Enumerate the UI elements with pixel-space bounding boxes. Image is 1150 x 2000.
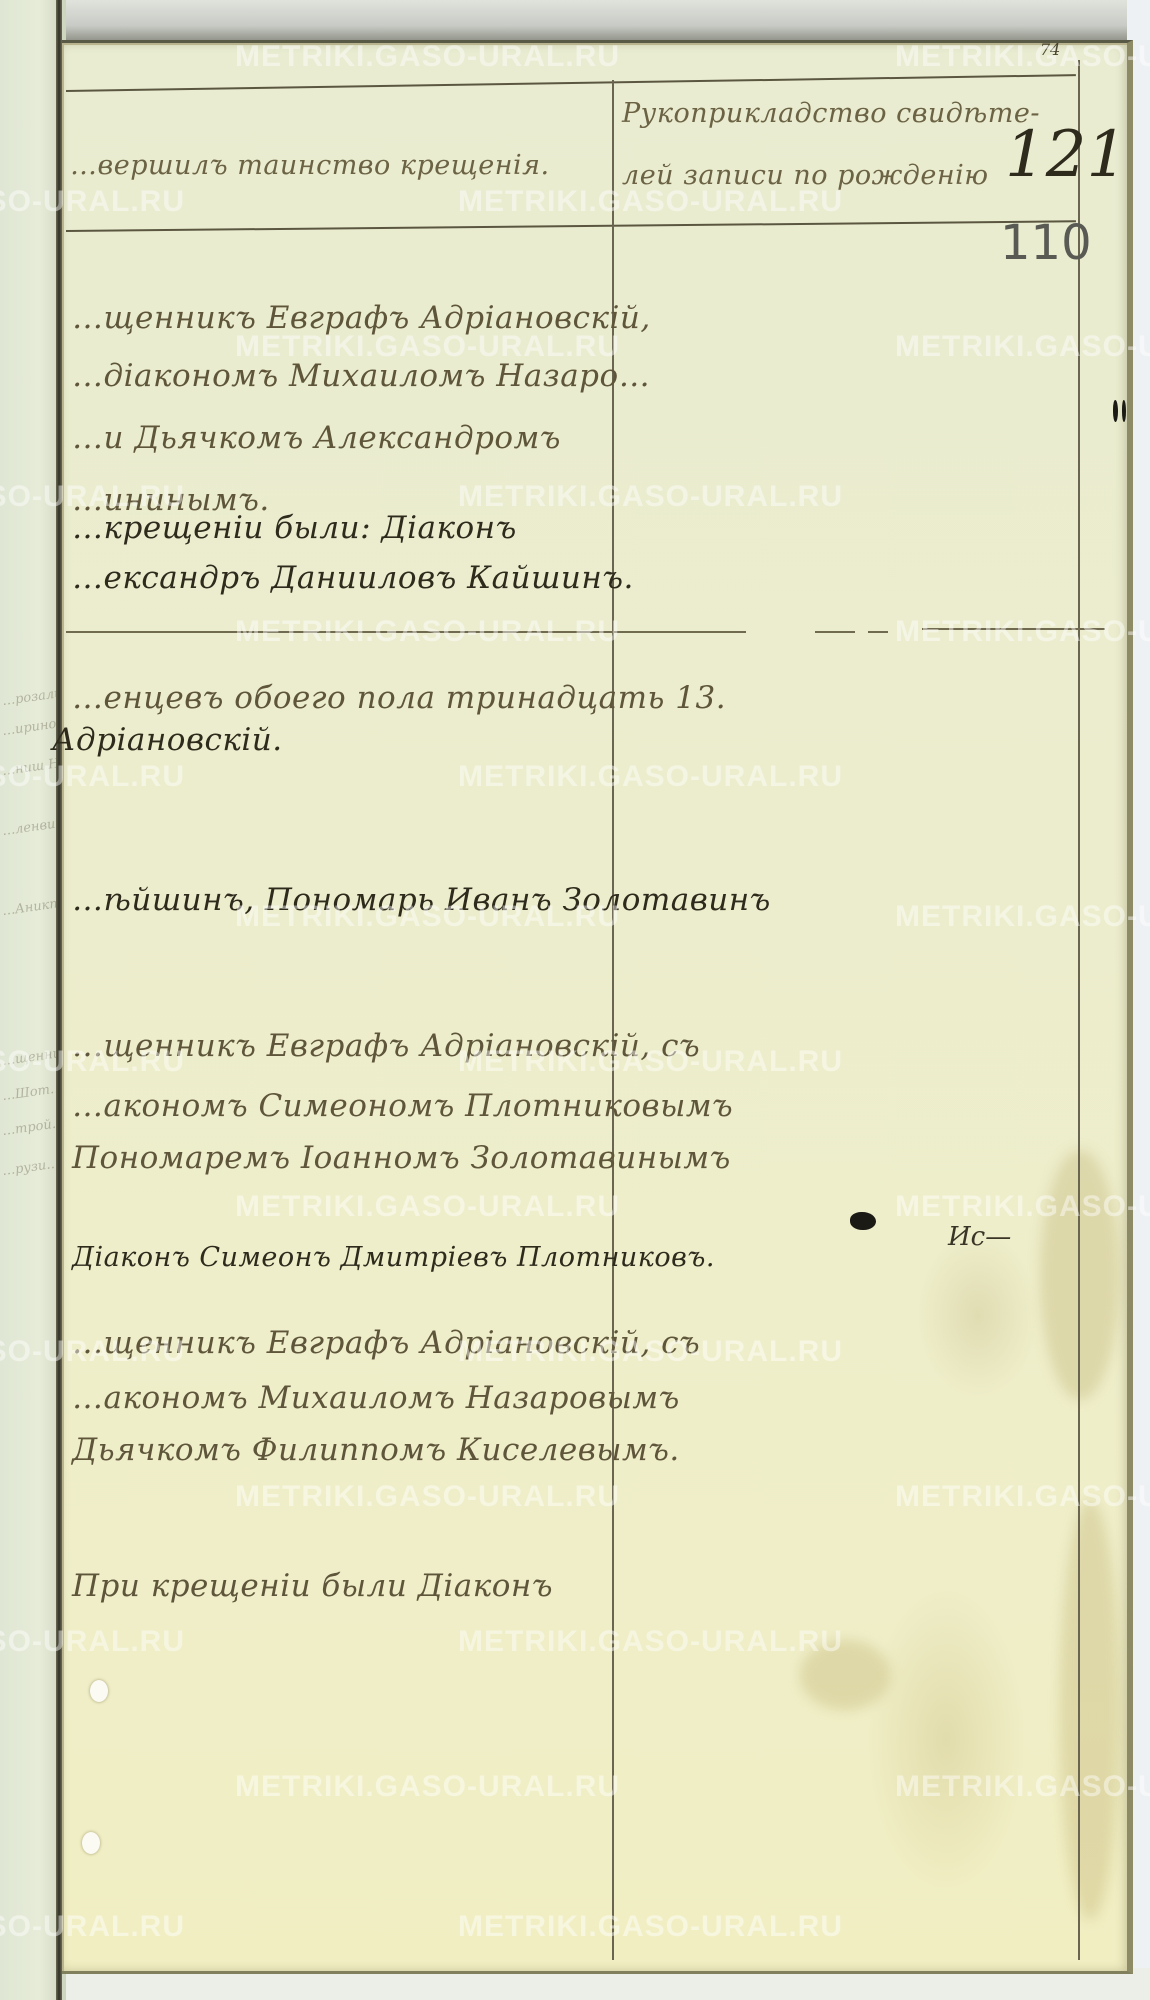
watermark: METRIKI.GASO-URAL.RU [895,900,1150,934]
watermark: METRIKI.GASO-URAL.RU [458,480,843,514]
watermark: METRIKI.GASO-URAL.RU [458,1910,843,1944]
watermark: METRIKI.GASO-URAL.RU [235,1770,620,1804]
watermark: METRIKI.GASO-URAL.RU [235,330,620,364]
watermark: METRIKI.GASO-URAL.RU [235,1480,620,1514]
watermark: METRIKI.GASO-URAL.RU [895,1770,1150,1804]
folio-number: 121 [1005,118,1127,192]
ghost-text: …розали… [1,686,63,709]
entry-line: …енцевъ обоего пола тринадцать 13. [72,680,726,716]
ghost-text: …Аникт… [1,896,63,919]
watermark: METRIKI.GASO-URAL.RU [235,1190,620,1224]
entry-line: Діаконъ Симеонъ Дмитріевъ Плотниковъ. [72,1242,715,1273]
entry-line: …ександръ Данииловъ Кайшинъ. [72,560,634,596]
watermark: METRIKI.GASO-URAL.RU [458,1045,843,1079]
entry-line: …и Дьячкомъ Александромъ [72,420,561,456]
watermark: METRIKI.GASO-URAL.RU [895,330,1150,364]
watermark: METRIKI.GASO-URAL.RU [458,760,843,794]
page-top-shadow [62,0,1150,42]
ink-mark [1113,400,1118,422]
header-left-column: …вершилъ таинство крещенія. [70,150,550,181]
entry-line: Адріановскій. [52,722,283,758]
watermark: METRIKI.GASO-URAL.RU [0,760,185,794]
entry-line: Дьячкомъ Филиппомъ Киселевымъ. [72,1432,680,1468]
entry-line: …акономъ Симеономъ Плотниковымъ [72,1088,733,1124]
watermark: METRIKI.GASO-URAL.RU [0,480,185,514]
header-right-column-line1: Рукоприкладство свидѣте- [622,98,1040,129]
ghost-text: …трой… [1,1116,63,1139]
pencil-number: 110 [1000,215,1092,271]
entry-line: …крещеніи были: Діаконъ [72,510,517,546]
watermark: METRIKI.GASO-URAL.RU [895,1190,1150,1224]
watermark: METRIKI.GASO-URAL.RU [895,40,1150,74]
binding-hole [82,1832,100,1854]
watermark: METRIKI.GASO-URAL.RU [458,1335,843,1369]
watermark: METRIKI.GASO-URAL.RU [895,615,1150,649]
watermark: METRIKI.GASO-URAL.RU [895,1480,1150,1514]
right-margin-note: Ис— [948,1222,1011,1252]
ghost-text: …Шот… [1,1081,63,1104]
paper-stain [1060,1500,1120,1920]
ink-mark [1122,400,1126,422]
ghost-text: …ленвин… [1,816,63,839]
watermark: METRIKI.GASO-URAL.RU [458,1625,843,1659]
entry-separator-dash [815,631,855,633]
watermark: METRIKI.GASO-URAL.RU [235,615,620,649]
watermark: METRIKI.GASO-URAL.RU [235,40,620,74]
watermark: METRIKI.GASO-URAL.RU [0,1045,185,1079]
watermark: METRIKI.GASO-URAL.RU [0,1335,185,1369]
watermark: METRIKI.GASO-URAL.RU [0,1910,185,1944]
ink-blot [850,1212,876,1230]
entry-line: Пономаремъ Іоанномъ Золотавинымъ [72,1140,731,1176]
watermark: METRIKI.GASO-URAL.RU [0,1625,185,1659]
entry-separator-dash [868,631,888,633]
entry-line: При крещеніи были Діаконъ [72,1568,553,1604]
paper-stain [1040,1150,1120,1400]
book-spine [56,0,62,2000]
watermark: METRIKI.GASO-URAL.RU [458,185,843,219]
watermark: METRIKI.GASO-URAL.RU [235,900,620,934]
watermark: METRIKI.GASO-URAL.RU [0,185,185,219]
entry-line: …акономъ Михаиломъ Назаровымъ [72,1380,680,1416]
ghost-text: …рузи… [1,1156,63,1179]
binding-hole [90,1680,108,1702]
